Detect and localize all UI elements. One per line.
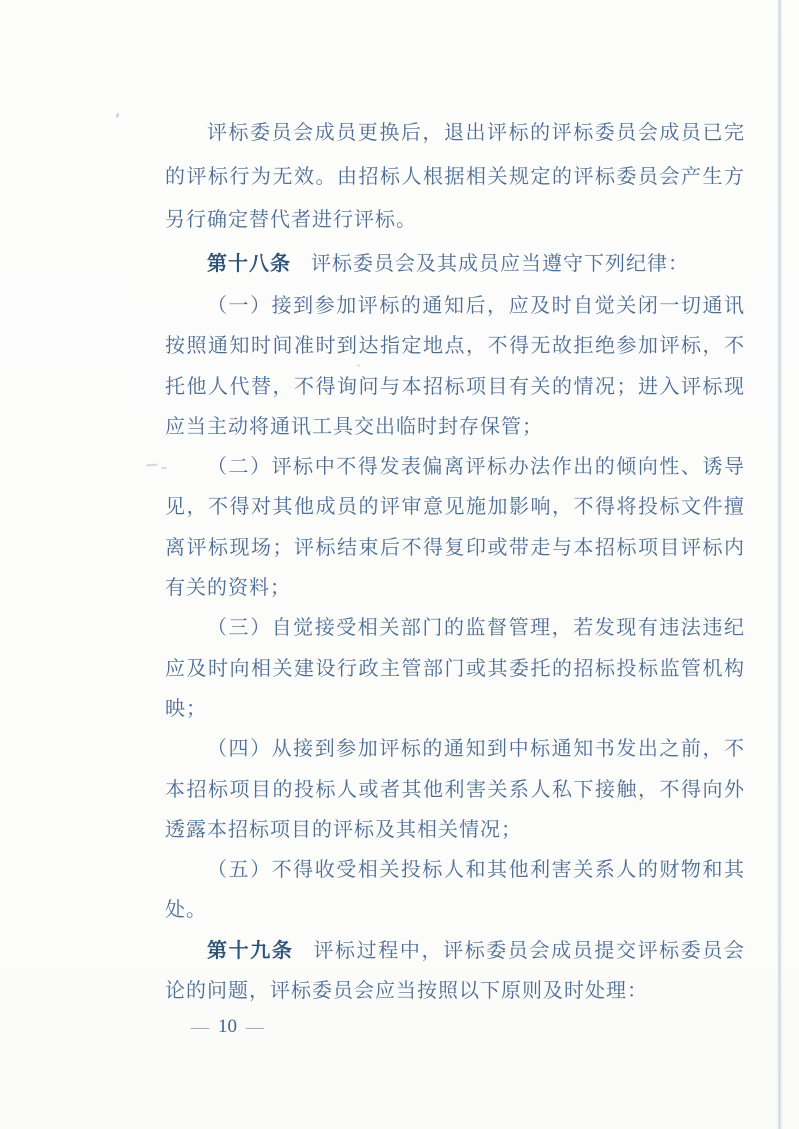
paragraph-intro: 评标委员会成员更换后，退出评标的评标委员会成员已完成 的评标行为无效。由招标人根…: [165, 112, 745, 243]
article-18-text: 评标委员会及其成员应当遵守下列纪律：: [311, 253, 689, 275]
document-page: 评标委员会成员更换后，退出评标的评标委员会成员已完成 的评标行为无效。由招标人根…: [0, 0, 799, 1129]
text-line: 映；: [165, 689, 745, 729]
text-line: 托他人代替，不得询问与本招标项目有关的情况；进入评标现场时: [165, 367, 745, 407]
text-line: 有关的资料；: [165, 568, 745, 608]
footer-left-dash: —: [191, 1008, 209, 1046]
paragraph-item-5: （五）不得收受相关投标人和其他利害关系人的财物和其他好 处。: [165, 850, 745, 931]
text-line: 处。: [165, 890, 745, 930]
text-line: （五）不得收受相关投标人和其他利害关系人的财物和其他好: [165, 850, 745, 890]
text-line: （二）评标中不得发表偏离评标办法作出的倾向性、诱导性意: [165, 447, 745, 487]
text-line: 论的问题，评标委员会应当按照以下原则及时处理：: [165, 971, 745, 1011]
paragraph-item-1: （一）接到参加评标的通知后，应及时自觉关闭一切通讯工具， 按照通知时间准时到达指…: [165, 286, 745, 447]
text-line: （三）自觉接受相关部门的监督管理，若发现有违法违纪情况，: [165, 608, 745, 648]
page-number-footer: — 10 —: [182, 1008, 273, 1046]
scan-speckle: [115, 113, 120, 119]
text-line: 透露本招标项目的评标及其相关情况；: [165, 810, 745, 850]
paragraph-item-2: （二）评标中不得发表偏离评标办法作出的倾向性、诱导性意 见，不得对其他成员的评审…: [165, 447, 745, 608]
text-line: 另行确定替代者进行评标。: [165, 199, 745, 243]
text-line: 按照通知时间准时到达指定地点，不得无故拒绝参加评标，不得委: [165, 326, 745, 366]
text-line: 见，不得对其他成员的评审意见施加影响，不得将投标文件擅自带: [165, 487, 745, 527]
text-line: 的评标行为无效。由招标人根据相关规定的评标委员会产生方式: [165, 156, 745, 200]
text-line: 应当主动将通讯工具交出临时封存保管；: [165, 407, 745, 447]
paragraph-item-4: （四）从接到参加评标的通知到中标通知书发出之前，不得与 本招标项目的投标人或者其…: [165, 729, 745, 850]
article-18-heading: 第十八条评标委员会及其成员应当遵守下列纪律：: [165, 243, 745, 287]
scan-speckle: [161, 467, 167, 469]
document-text-block: 评标委员会成员更换后，退出评标的评标委员会成员已完成 的评标行为无效。由招标人根…: [165, 112, 745, 1011]
text-line: （四）从接到参加评标的通知到中标通知书发出之前，不得与: [165, 729, 745, 769]
article-19-heading: 第十九条评标过程中，评标委员会成员提交评标委员会讨: [165, 931, 745, 971]
text-line: （一）接到参加评标的通知后，应及时自觉关闭一切通讯工具，: [165, 286, 745, 326]
scan-speckle: [357, 364, 360, 367]
footer-right-dash: —: [246, 1008, 264, 1046]
article-19-number: 第十九条: [207, 940, 293, 962]
text-line: 本招标项目的投标人或者其他利害关系人私下接触，不得向外界: [165, 770, 745, 810]
scan-speckle: [146, 464, 158, 467]
paragraph-article-19: 第十九条评标过程中，评标委员会成员提交评标委员会讨 论的问题，评标委员会应当按照…: [165, 931, 745, 1012]
article-18-number: 第十八条: [207, 253, 291, 275]
scan-edge-line: [777, 0, 783, 1129]
text-line: 评标委员会成员更换后，退出评标的评标委员会成员已完成: [165, 112, 745, 156]
text-line: 应及时向相关建设行政主管部门或其委托的招标投标监管机构反: [165, 649, 745, 689]
paragraph-item-3: （三）自觉接受相关部门的监督管理，若发现有违法违纪情况， 应及时向相关建设行政主…: [165, 608, 745, 729]
page-number: 10: [218, 1008, 237, 1046]
text-line: 离评标现场；评标结束后不得复印或带走与本招标项目评标内容: [165, 528, 745, 568]
